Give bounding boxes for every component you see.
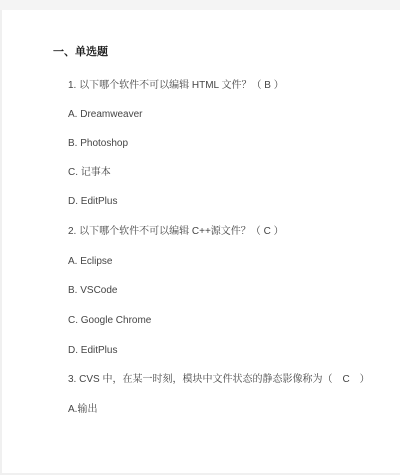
question-2-text: 2. 以下哪个软件不可以编辑 C++源文件？（ C ） [68, 226, 284, 238]
question-1-option-c: C. 记事本 [68, 167, 111, 179]
question-2-option-a: A. Eclipse [68, 256, 112, 268]
section-title: 一、单选题 [53, 46, 108, 58]
question-2-option-d: D. EditPlus [68, 345, 117, 357]
question-2-option-c: C. Google Chrome [68, 315, 151, 327]
question-1-text: 1. 以下哪个软件不可以编辑 HTML 文件？（ B ） [68, 80, 284, 92]
left-edge-line [0, 10, 2, 473]
question-3-text: 3. CVS 中，在某一时刻，模块中文件状态的静态影像称为（ C ） [68, 374, 370, 386]
top-edge-strip [0, 0, 400, 10]
question-1-option-a: A. Dreamweaver [68, 109, 142, 121]
question-1-option-d: D. EditPlus [68, 196, 117, 208]
question-3-option-a: A.输出 [68, 404, 97, 416]
question-1-option-b: B. Photoshop [68, 138, 128, 150]
question-2-option-b: B. VSCode [68, 285, 117, 297]
